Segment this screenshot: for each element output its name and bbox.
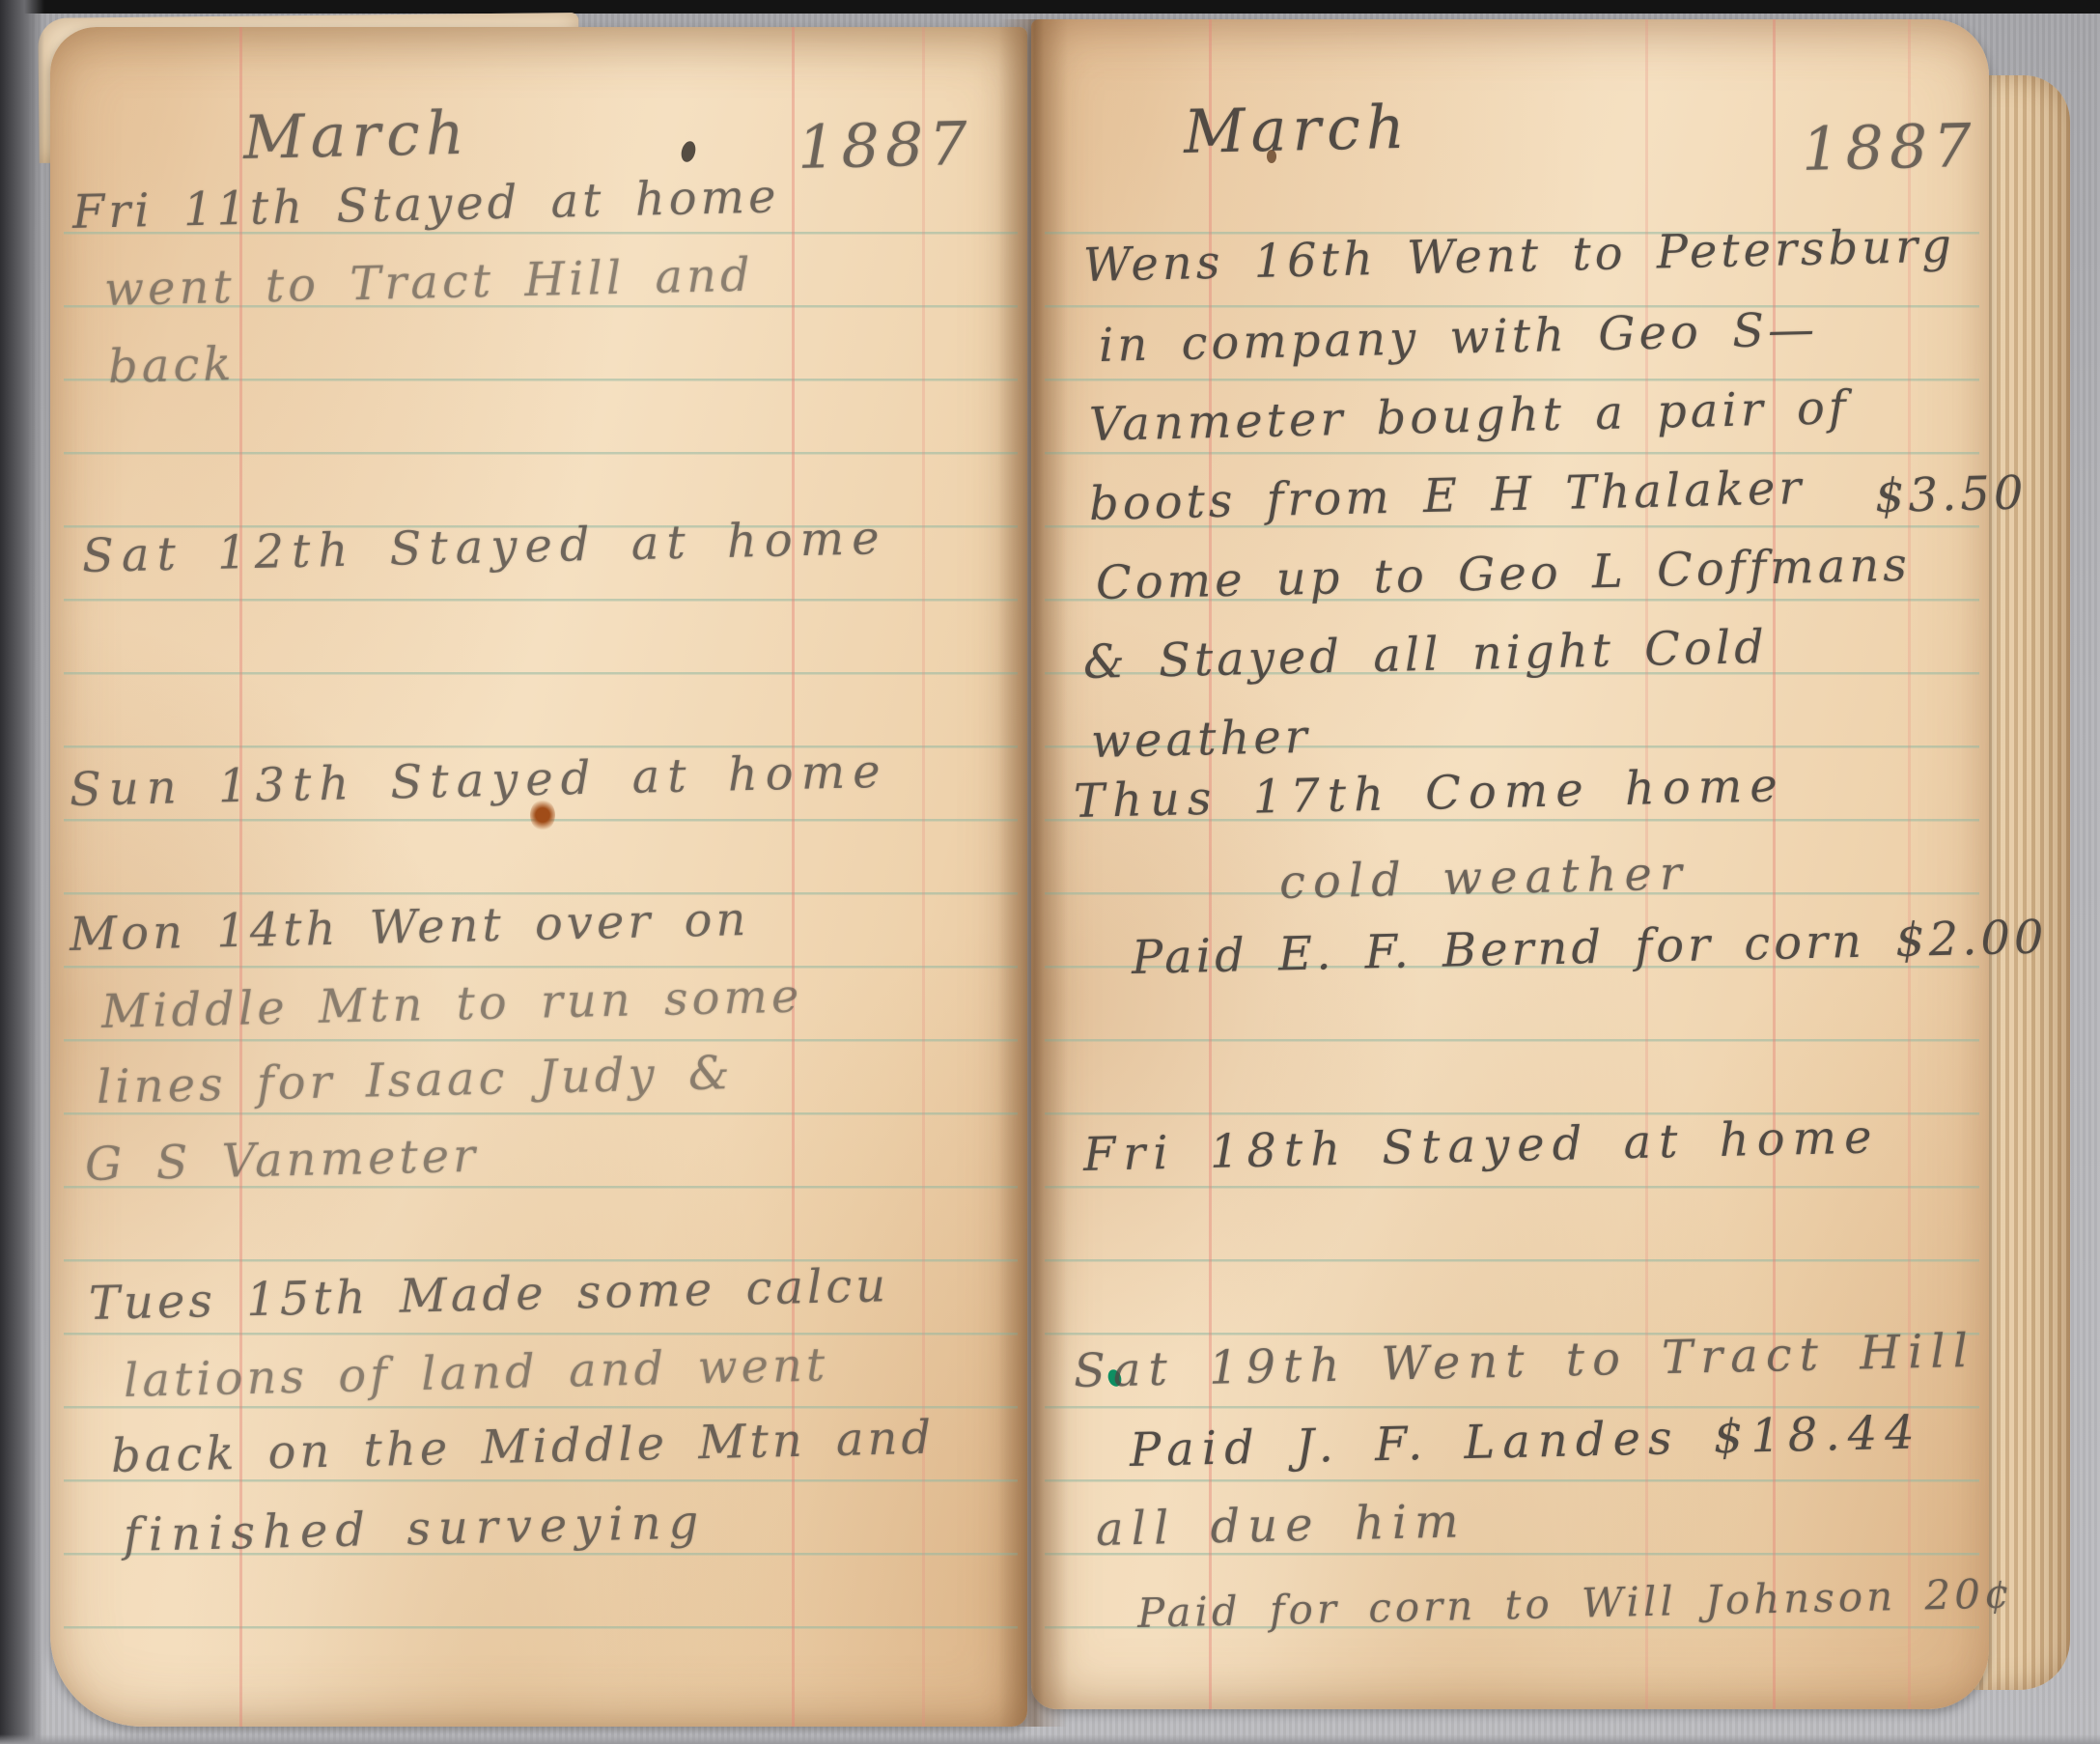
- diary-line: back: [107, 337, 236, 394]
- scanner-edge-bottom: [0, 1734, 2100, 1744]
- price-annotation: $3.50: [1874, 465, 2028, 523]
- page-header-year: 1887: [1801, 110, 1977, 184]
- ledger-column-line: [792, 27, 795, 1727]
- scanner-edge-left: [0, 0, 44, 1744]
- scanner-edge-top: [0, 0, 2100, 14]
- book-gutter-shadow: [998, 19, 1068, 1727]
- diary-line: all due him: [1095, 1494, 1467, 1557]
- scanned-diary-spread: March 1887 Fri 11th Stayed at home went …: [0, 0, 2100, 1744]
- page-header-year: 1887: [797, 108, 973, 183]
- page-header-month: March: [1183, 92, 1411, 167]
- diary-line: cold weather: [1278, 846, 1690, 910]
- page-header-month: March: [242, 98, 470, 173]
- diary-line: weather: [1090, 710, 1311, 769]
- ledger-column-line: [922, 27, 925, 1727]
- diary-line: G S Vanmeter: [84, 1129, 479, 1192]
